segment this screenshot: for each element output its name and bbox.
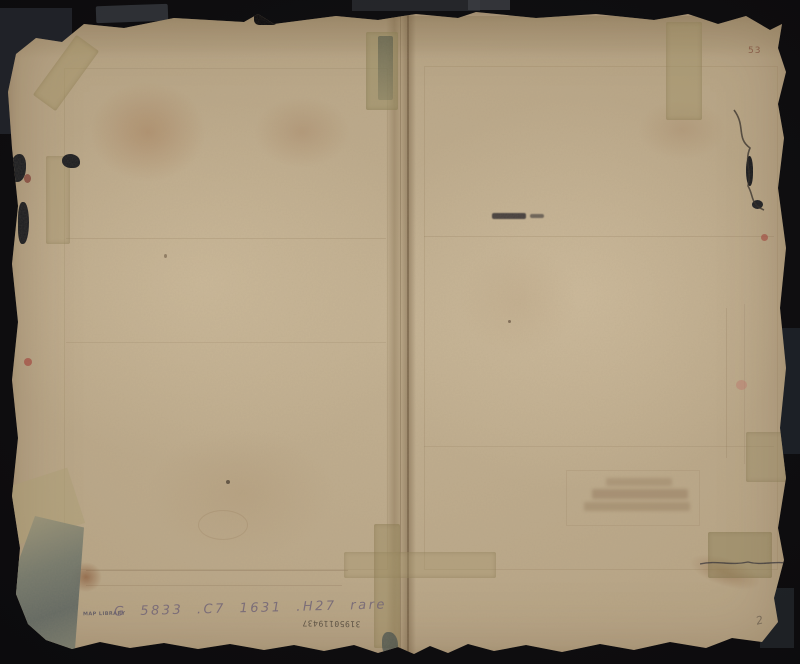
pencil-squiggle: 2	[755, 613, 765, 627]
fold-crease	[66, 238, 386, 239]
red-spot	[24, 358, 32, 366]
water-stain	[146, 428, 336, 558]
fold-crease	[424, 236, 774, 237]
tape-dark-residue	[382, 632, 398, 656]
tear-crack-right	[706, 108, 796, 228]
sheet-number: 53	[748, 46, 761, 56]
ink-blot-left-edge	[62, 154, 80, 168]
ink-blot-left-edge	[18, 202, 29, 244]
fly-speck	[508, 320, 511, 323]
tape-dark-residue	[378, 36, 393, 100]
showthrough-text-smudge	[592, 489, 688, 499]
water-stain	[458, 246, 578, 356]
showthrough-text-smudge	[606, 478, 672, 486]
backdrop-tape-residue	[468, 0, 510, 10]
tape-strip-top-right	[666, 22, 702, 120]
tape-strip-bottom-seam	[374, 524, 400, 648]
water-stain	[254, 96, 350, 168]
top-edge-notch	[254, 14, 278, 25]
backdrop-tape-residue	[352, 0, 480, 11]
fly-speck	[226, 480, 230, 484]
fold-crease	[66, 342, 386, 343]
water-stain	[90, 82, 206, 182]
pink-spot	[736, 380, 747, 390]
red-spot	[24, 174, 31, 183]
call-number-handwriting: G 5833 .C7 1631 .H27 rare	[114, 597, 387, 619]
illegible-stamp	[530, 214, 544, 218]
fold-crease	[726, 308, 727, 458]
illegible-stamp	[492, 213, 526, 219]
showthrough-rule-line	[86, 585, 342, 586]
showthrough-text-smudge	[584, 502, 690, 511]
tear-crack-bottom-right	[700, 552, 792, 576]
tape-strip-bottom-center	[344, 552, 496, 578]
photo-stage: MAP LIBRARY G 5833 .C7 1631 .H27 rare 31…	[0, 0, 800, 664]
backdrop-tape-residue	[96, 4, 169, 24]
showthrough-rule-line	[86, 570, 348, 571]
map-sheet-verso: MAP LIBRARY G 5833 .C7 1631 .H27 rare 31…	[6, 8, 794, 660]
tape-remnant-left	[46, 156, 70, 244]
accession-number-stamp-inverted: 31950119437	[302, 618, 361, 628]
fly-speck	[164, 254, 167, 258]
red-spot	[761, 234, 768, 241]
fold-crease	[424, 446, 774, 447]
